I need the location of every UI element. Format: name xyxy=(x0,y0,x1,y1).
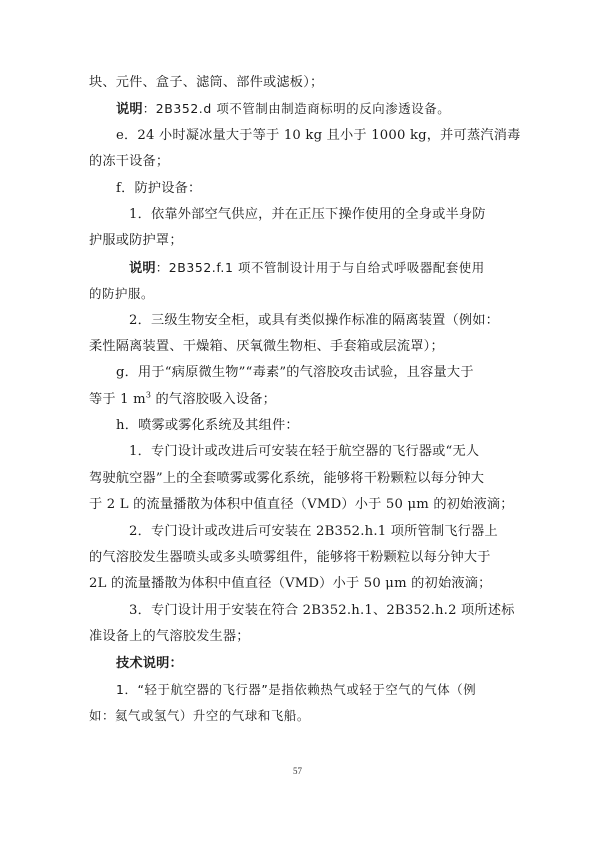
text-line: 柔性隔离装置、干燥箱、厌氧微生物柜、手套箱或层流罩）； xyxy=(89,337,506,363)
item-g: g．用于“病原微生物”“毒素”的气溶胶攻击试验，且容量大于 xyxy=(89,363,506,389)
note-text: ：2B352.f.1 项不管制设计用于与自给式呼吸器配套使用 xyxy=(156,260,485,275)
item-e: e．24 小时凝冰量大于等于 10 kg 且小于 1000 kg，并可蒸汽消毒 xyxy=(89,126,506,152)
item-h1: 1．专门设计或改进后可安装在轻于航空器的飞行器或“无人 xyxy=(89,442,506,468)
tech-note-heading: 技术说明： xyxy=(89,654,506,680)
item-f2: 2．三级生物安全柜，或具有类似操作标准的隔离装置（例如： xyxy=(89,311,506,337)
tech-note-continuation: 如：氦气或氢气）升空的气球和飞船。 xyxy=(89,706,506,732)
note-line: 说明：2B352.d 项不管制由制造商标明的反向渗透设备。 xyxy=(89,99,506,125)
note-label: 说明 xyxy=(116,102,143,117)
document-page: 块、元件、盒子、滤筒、部件或滤板）； 说明：2B352.d 项不管制由制造商标明… xyxy=(0,0,595,841)
item-h3: 3．专门设计用于安装在符合 2B352.h.1、2B352.h.2 项所述标 xyxy=(89,601,506,627)
item-f1: 1．依靠外部空气供应，并在正压下操作使用的全身或半身防 xyxy=(89,205,506,231)
text-line: 的冻干设备； xyxy=(89,152,506,178)
text-part: 的气溶胶吸入设备； xyxy=(151,392,276,407)
item-h: h．喷雾或雾化系统及其组件： xyxy=(89,416,506,442)
item-h2: 2．专门设计或改进后可安装在 2B352.h.1 项所管制飞行器上 xyxy=(89,522,506,548)
item-f: f．防护设备： xyxy=(89,179,506,205)
note-continuation: 的防护服。 xyxy=(89,284,506,310)
page-body: 块、元件、盒子、滤筒、部件或滤板）； 说明：2B352.d 项不管制由制造商标明… xyxy=(89,73,506,733)
note-text: ：2B352.d 项不管制由制造商标明的反向渗透设备。 xyxy=(143,101,450,116)
text-line: 准设备上的气溶胶发生器； xyxy=(89,627,506,653)
text-line: 的气溶胶发生器喷头或多头喷雾组件，能够将干粉颗粒以每分钟大于 xyxy=(89,548,506,574)
text-line: 于 2 L 的流量播散为体积中值直径（VMD）小于 50 μm 的初始液滴； xyxy=(89,495,506,521)
text-line: 2L 的流量播散为体积中值直径（VMD）小于 50 μm 的初始液滴； xyxy=(89,574,506,600)
text-part: 等于 1 m xyxy=(89,392,146,407)
text-line: 块、元件、盒子、滤筒、部件或滤板）； xyxy=(89,73,506,99)
text-line: 驾驶航空器”上的全套喷雾或雾化系统，能够将干粉颗粒以每分钟大 xyxy=(89,469,506,495)
page-number: 57 xyxy=(0,766,595,776)
note-label: 说明 xyxy=(129,261,156,276)
tech-note-1: 1．“轻于航空器的飞行器”是指依赖热气或轻于空气的气体（例 xyxy=(89,680,506,706)
text-line: 等于 1 m3 的气溶胶吸入设备； xyxy=(89,390,506,416)
text-line: 护服或防护罩； xyxy=(89,231,506,257)
note-line: 说明：2B352.f.1 项不管制设计用于与自给式呼吸器配套使用 xyxy=(89,258,506,284)
